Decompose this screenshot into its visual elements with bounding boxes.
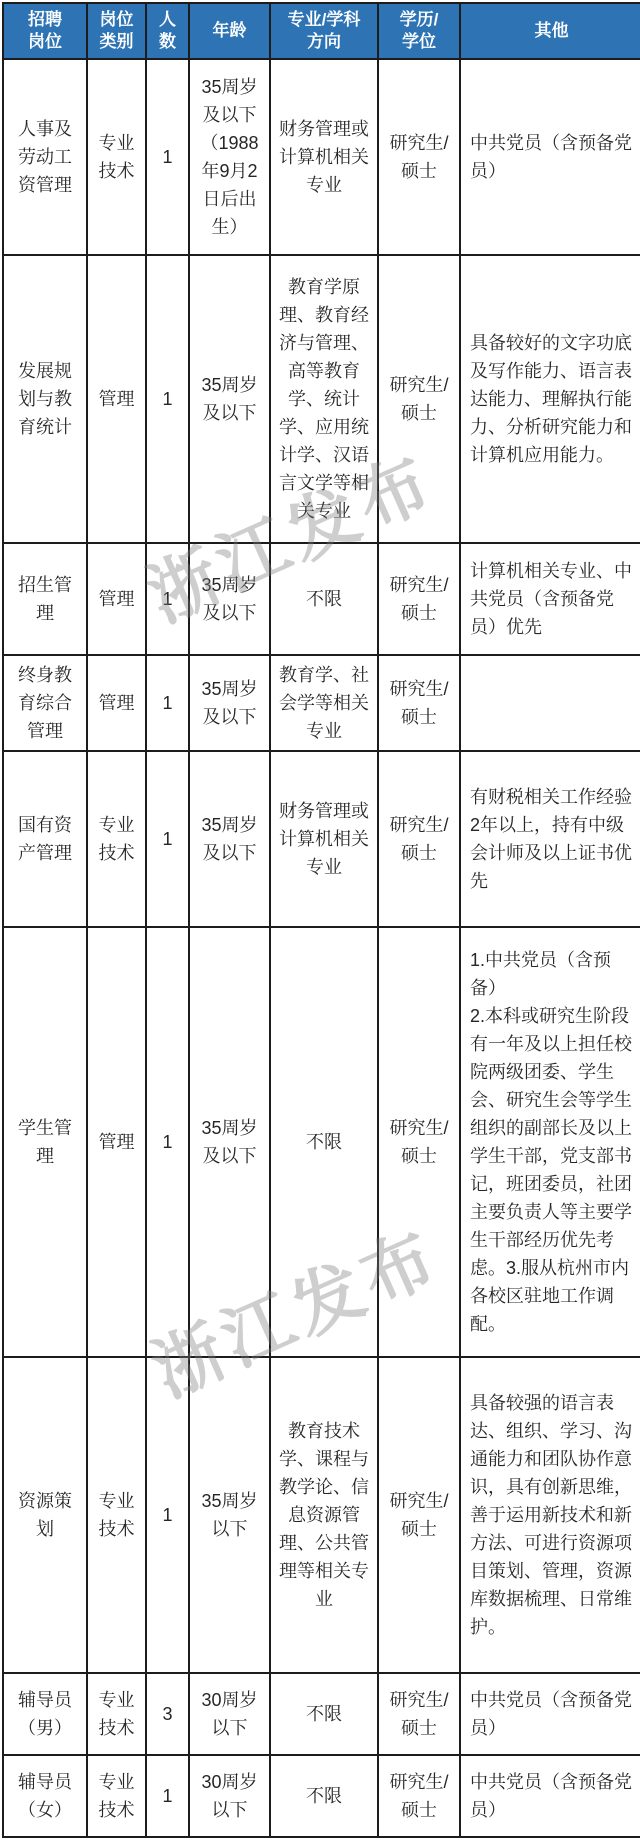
- cell-count: 1: [146, 59, 189, 255]
- cell-other: 具备较强的语言表达、组织、学习、沟通能力和团队协作意识，具有创新思维，善于运用新…: [460, 1357, 640, 1673]
- cell-degree: 研究生/硕士: [378, 655, 460, 751]
- cell-major: 教育学、社会学等相关专业: [270, 655, 378, 751]
- cell-other: 中共党员（含预备党员）: [460, 1673, 640, 1755]
- cell-position: 招生管理: [3, 543, 87, 655]
- cell-count: 1: [146, 1755, 189, 1837]
- column-header-position: 招聘 岗位: [3, 3, 87, 59]
- cell-position: 资源策划: [3, 1357, 87, 1673]
- cell-age: 35周岁及以下: [189, 255, 270, 543]
- column-header-other: 其他: [460, 3, 640, 59]
- cell-category: 专业技术: [87, 59, 146, 255]
- table-row: 人事及劳动工资管理 专业技术 1 35周岁及以下（1988年9月2日后出生） 财…: [3, 59, 640, 255]
- table-row: 终身教育综合管理 管理 1 35周岁及以下 教育学、社会学等相关专业 研究生/硕…: [3, 655, 640, 751]
- cell-major: 教育学原理、教育经济与管理、高等教育学、统计学、应用统计学、汉语言文学等相关专业: [270, 255, 378, 543]
- cell-count: 1: [146, 543, 189, 655]
- cell-category: 管理: [87, 255, 146, 543]
- cell-age: 35周岁及以下: [189, 751, 270, 927]
- cell-degree: 研究生/硕士: [378, 255, 460, 543]
- cell-category: 管理: [87, 655, 146, 751]
- cell-position: 辅导员（男）: [3, 1673, 87, 1755]
- cell-position: 学生管理: [3, 927, 87, 1357]
- cell-degree: 研究生/硕士: [378, 59, 460, 255]
- cell-other: 具备较好的文字功底及写作能力、语言表达能力、理解执行能力、分析研究能力和计算机应…: [460, 255, 640, 543]
- cell-major: 财务管理或计算机相关专业: [270, 59, 378, 255]
- cell-degree: 研究生/硕士: [378, 1755, 460, 1837]
- cell-degree: 研究生/硕士: [378, 927, 460, 1357]
- cell-position: 发展规划与教育统计: [3, 255, 87, 543]
- cell-position: 人事及劳动工资管理: [3, 59, 87, 255]
- column-header-count: 人 数: [146, 3, 189, 59]
- cell-other: 计算机相关专业、中共党员（含预备党员）优先: [460, 543, 640, 655]
- cell-category: 专业技术: [87, 1755, 146, 1837]
- cell-count: 1: [146, 751, 189, 927]
- column-header-category: 岗位 类别: [87, 3, 146, 59]
- cell-category: 管理: [87, 543, 146, 655]
- table-row: 招生管理 管理 1 35周岁及以下 不限 研究生/硕士 计算机相关专业、中共党员…: [3, 543, 640, 655]
- recruitment-table-page: 浙江发布 浙江发布 招聘 岗位 岗位 类别 人 数 年龄 专业/学科 方向 学历…: [0, 0, 640, 1840]
- column-header-degree: 学历/ 学位: [378, 3, 460, 59]
- cell-other: 有财税相关工作经验2年以上，持有中级会计师及以上证书优先: [460, 751, 640, 927]
- cell-position: 终身教育综合管理: [3, 655, 87, 751]
- cell-position: 辅导员（女）: [3, 1755, 87, 1837]
- table-row: 学生管理 管理 1 35周岁及以下 不限 研究生/硕士 1.中共党员（含预备） …: [3, 927, 640, 1357]
- cell-category: 专业技术: [87, 751, 146, 927]
- cell-age: 35周岁及以下: [189, 543, 270, 655]
- table-row: 资源策划 专业技术 1 35周岁以下 教育技术学、课程与教学论、信息资源管理、公…: [3, 1357, 640, 1673]
- cell-other: 中共党员（含预备党员）: [460, 1755, 640, 1837]
- table-row: 发展规划与教育统计 管理 1 35周岁及以下 教育学原理、教育经济与管理、高等教…: [3, 255, 640, 543]
- cell-category: 管理: [87, 927, 146, 1357]
- cell-category: 专业技术: [87, 1357, 146, 1673]
- cell-other: 中共党员（含预备党员）: [460, 59, 640, 255]
- table-row: 辅导员（女） 专业技术 1 30周岁以下 不限 研究生/硕士 中共党员（含预备党…: [3, 1755, 640, 1837]
- cell-major: 教育技术学、课程与教学论、信息资源管理、公共管理等相关专业: [270, 1357, 378, 1673]
- cell-position: 国有资产管理: [3, 751, 87, 927]
- cell-age: 35周岁以下: [189, 1357, 270, 1673]
- cell-major: 财务管理或计算机相关专业: [270, 751, 378, 927]
- cell-count: 3: [146, 1673, 189, 1755]
- cell-major: 不限: [270, 543, 378, 655]
- cell-age: 35周岁及以下（1988年9月2日后出生）: [189, 59, 270, 255]
- header-row: 招聘 岗位 岗位 类别 人 数 年龄 专业/学科 方向 学历/ 学位 其他: [3, 3, 640, 59]
- cell-other: [460, 655, 640, 751]
- cell-degree: 研究生/硕士: [378, 543, 460, 655]
- cell-count: 1: [146, 927, 189, 1357]
- cell-count: 1: [146, 1357, 189, 1673]
- cell-degree: 研究生/硕士: [378, 751, 460, 927]
- cell-count: 1: [146, 655, 189, 751]
- cell-age: 35周岁及以下: [189, 655, 270, 751]
- cell-degree: 研究生/硕士: [378, 1357, 460, 1673]
- cell-degree: 研究生/硕士: [378, 1673, 460, 1755]
- cell-age: 30周岁以下: [189, 1673, 270, 1755]
- table-row: 国有资产管理 专业技术 1 35周岁及以下 财务管理或计算机相关专业 研究生/硕…: [3, 751, 640, 927]
- column-header-age: 年龄: [189, 3, 270, 59]
- column-header-major: 专业/学科 方向: [270, 3, 378, 59]
- cell-age: 35周岁及以下: [189, 927, 270, 1357]
- table-row: 辅导员（男） 专业技术 3 30周岁以下 不限 研究生/硕士 中共党员（含预备党…: [3, 1673, 640, 1755]
- cell-count: 1: [146, 255, 189, 543]
- cell-category: 专业技术: [87, 1673, 146, 1755]
- cell-age: 30周岁以下: [189, 1755, 270, 1837]
- recruitment-table: 招聘 岗位 岗位 类别 人 数 年龄 专业/学科 方向 学历/ 学位 其他 人事…: [2, 2, 640, 1838]
- cell-major: 不限: [270, 927, 378, 1357]
- cell-other: 1.中共党员（含预备） 2.本科或研究生阶段有一年及以上担任校院两级团委、学生会…: [460, 927, 640, 1357]
- cell-major: 不限: [270, 1673, 378, 1755]
- cell-major: 不限: [270, 1755, 378, 1837]
